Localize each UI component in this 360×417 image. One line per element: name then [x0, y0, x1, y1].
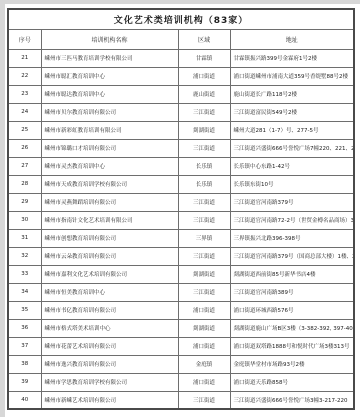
cell-index: 31 — [8, 229, 41, 247]
col-header-region: 区域 — [178, 29, 230, 49]
cell-region: 剡湖街道 — [178, 121, 230, 139]
table-row: 21嵊州市三匹马教育培训学校有限公司甘霖镇甘霖镇振兴路399号金霖府1号2楼 — [8, 49, 354, 67]
cell-address: 剡湖街道西前街85号新华书店4楼 — [230, 265, 354, 283]
cell-address: 三江街道兴盛街666号誉悦广场7幢220、221、222、223 — [230, 139, 354, 157]
cell-institution-name: 嵊州市新彩虹教育培训有限公司 — [41, 121, 178, 139]
col-header-index: 序号 — [8, 29, 41, 49]
cell-region: 三江街道 — [178, 391, 230, 409]
cell-institution-name: 嵊州市灵杰教育培训中心 — [41, 157, 178, 175]
cell-address: 甘霖镇振兴路399号金霖府1号2楼 — [230, 49, 354, 67]
cell-index: 24 — [8, 103, 41, 121]
cell-region: 三江街道 — [178, 211, 230, 229]
cell-institution-name: 嵊州市聪达教育培训中心 — [41, 85, 178, 103]
title-row: 文化艺术类培训机构（83家） — [8, 9, 354, 29]
table-row: 33嵊州市嘉利文化艺术培训有限公司剡湖街道剡湖街道西前街85号新华书店4楼 — [8, 265, 354, 283]
cell-index: 40 — [8, 391, 41, 409]
cell-index: 25 — [8, 121, 41, 139]
cell-institution-name: 嵊州市三匹马教育培训学校有限公司 — [41, 49, 178, 67]
table-row: 30嵊州市指南针文化艺术培训有限公司三江街道三江街道官河南路72-2号（世贸金樽… — [8, 211, 354, 229]
cell-index: 33 — [8, 265, 41, 283]
header-row: 序号 培训机构名称 区域 地址 — [8, 29, 354, 49]
cell-index: 39 — [8, 373, 41, 391]
cell-region: 三江街道 — [178, 283, 230, 301]
table-row: 39嵊州市学思教育培训学校有限公司浦口街道浦口街道天乐路858号 — [8, 373, 354, 391]
table-row: 23嵊州市聪达教育培训中心鹿山街道鹿山街道长广路118号2楼 — [8, 85, 354, 103]
cell-address: 金庭镇华堂村市场路93号2楼 — [230, 355, 354, 373]
table-row: 26嵊州市锦璐口才培训有限公司三江街道三江街道兴盛街666号誉悦广场7幢220、… — [8, 139, 354, 157]
training-institutions-table: 文化艺术类培训机构（83家） 序号 培训机构名称 区域 地址 21嵊州市三匹马教… — [7, 8, 355, 410]
document-page: 文化艺术类培训机构（83家） 序号 培训机构名称 区域 地址 21嵊州市三匹马教… — [5, 4, 360, 417]
cell-institution-name: 嵊州市书亿教育培训有限公司 — [41, 301, 178, 319]
cell-region: 三江街道 — [178, 247, 230, 265]
table-row: 32嵊州市云朵教育培训有限公司三江街道三江街道官河南路379号（国商总部大楼）1… — [8, 247, 354, 265]
table-row: 25嵊州市新彩虹教育培训有限公司剡湖街道嵊州大道281（1-7）号、277-5号 — [8, 121, 354, 139]
cell-address: 三江街道官河南路379号（国商总部大楼）1楼、2楼北侧 — [230, 247, 354, 265]
cell-address: 浦口街道天乐路858号 — [230, 373, 354, 391]
cell-index: 34 — [8, 283, 41, 301]
cell-region: 甘霖镇 — [178, 49, 230, 67]
cell-index: 29 — [8, 193, 41, 211]
cell-index: 26 — [8, 139, 41, 157]
cell-region: 三江街道 — [178, 103, 230, 121]
cell-region: 长乐镇 — [178, 157, 230, 175]
table-row: 28嵊州市天成教育培训学校有限公司长乐镇长乐镇东街10号 — [8, 175, 354, 193]
cell-index: 37 — [8, 337, 41, 355]
cell-address: 三江街道官河南路379号 — [230, 193, 354, 211]
col-header-name: 培训机构名称 — [41, 29, 178, 49]
cell-region: 鹿山街道 — [178, 85, 230, 103]
cell-index: 22 — [8, 67, 41, 85]
cell-address: 嵊州大道281（1-7）号、277-5号 — [230, 121, 354, 139]
cell-address: 长乐镇中心东路1-42号 — [230, 157, 354, 175]
cell-institution-name: 嵊州市云朵教育培训有限公司 — [41, 247, 178, 265]
table-title: 文化艺术类培训机构（83家） — [8, 9, 354, 29]
cell-address: 三江街道官河南路72-2号（世贸金樽名品商场）3楼 — [230, 211, 354, 229]
cell-address: 鹿山街道长广路118号2楼 — [230, 85, 354, 103]
cell-institution-name: 嵊州市创想教育培训有限公司 — [41, 229, 178, 247]
cell-address: 三江街道兴盛街666号誉悦广场3幢3-217-220 — [230, 391, 354, 409]
cell-institution-name: 嵊州市锦璐口才培训有限公司 — [41, 139, 178, 157]
cell-index: 35 — [8, 301, 41, 319]
cell-institution-name: 嵊州市灵燕舞蹈培训有限公司 — [41, 193, 178, 211]
cell-region: 三江街道 — [178, 193, 230, 211]
cell-address: 剡湖街道鹿山广场B区3楼（3-382-392, 397-400） — [230, 319, 354, 337]
table-row: 40嵊州市新嵊艺术培训有限公司三江街道三江街道兴盛街666号誉悦广场3幢3-21… — [8, 391, 354, 409]
table-row: 34嵊州市恒美教育培训中心三江街道三江街道官河南路389号 — [8, 283, 354, 301]
col-header-address: 地址 — [230, 29, 354, 49]
cell-institution-name: 嵊州市贝尔教育培训有限公司 — [41, 103, 178, 121]
table-row: 22嵊州市聪汇教育培训中心浦口街道浦口街道嵊州市浦南大道359号香缇墅88号2楼 — [8, 67, 354, 85]
cell-region: 浦口街道 — [178, 67, 230, 85]
table-row: 36嵊州市格式塔美术培训中心剡湖街道剡湖街道鹿山广场B区3楼（3-382-392… — [8, 319, 354, 337]
cell-institution-name: 嵊州市聪汇教育培训中心 — [41, 67, 178, 85]
cell-index: 38 — [8, 355, 41, 373]
cell-region: 金庭镇 — [178, 355, 230, 373]
cell-region: 浦口街道 — [178, 337, 230, 355]
cell-region: 三界镇 — [178, 229, 230, 247]
cell-region: 浦口街道 — [178, 373, 230, 391]
cell-address: 三江街道富民街549号2楼 — [230, 103, 354, 121]
cell-institution-name: 嵊州市格式塔美术培训中心 — [41, 319, 178, 337]
cell-index: 27 — [8, 157, 41, 175]
table-row: 27嵊州市灵杰教育培训中心长乐镇长乐镇中心东路1-42号 — [8, 157, 354, 175]
cell-institution-name: 嵊州市学思教育培训学校有限公司 — [41, 373, 178, 391]
cell-region: 剡湖街道 — [178, 319, 230, 337]
cell-index: 21 — [8, 49, 41, 67]
table-row: 37嵊州市花蕾艺术培训有限公司浦口街道浦口街道双塔路1888号和悦时代广场3楼3… — [8, 337, 354, 355]
cell-address: 浦口街道嵊州市浦南大道359号香缇墅88号2楼 — [230, 67, 354, 85]
cell-region: 长乐镇 — [178, 175, 230, 193]
cell-institution-name: 嵊州市逸兴教育培训有限公司 — [41, 355, 178, 373]
cell-index: 23 — [8, 85, 41, 103]
table-body: 21嵊州市三匹马教育培训学校有限公司甘霖镇甘霖镇振兴路399号金霖府1号2楼22… — [8, 49, 354, 409]
cell-address: 浦口街道双塔路1888号和悦时代广场3楼313号 — [230, 337, 354, 355]
table-row: 29嵊州市灵燕舞蹈培训有限公司三江街道三江街道官河南路379号 — [8, 193, 354, 211]
cell-institution-name: 嵊州市天成教育培训学校有限公司 — [41, 175, 178, 193]
cell-index: 32 — [8, 247, 41, 265]
table-row: 31嵊州市创想教育培训有限公司三界镇三界镇振兴北路396-398号 — [8, 229, 354, 247]
table-row: 35嵊州市书亿教育培训有限公司浦口街道浦口街道环城西路576号 — [8, 301, 354, 319]
cell-address: 浦口街道环城西路576号 — [230, 301, 354, 319]
cell-institution-name: 嵊州市指南针文化艺术培训有限公司 — [41, 211, 178, 229]
cell-institution-name: 嵊州市新嵊艺术培训有限公司 — [41, 391, 178, 409]
cell-index: 36 — [8, 319, 41, 337]
cell-region: 剡湖街道 — [178, 265, 230, 283]
table-row: 38嵊州市逸兴教育培训有限公司金庭镇金庭镇华堂村市场路93号2楼 — [8, 355, 354, 373]
cell-institution-name: 嵊州市嘉利文化艺术培训有限公司 — [41, 265, 178, 283]
cell-institution-name: 嵊州市花蕾艺术培训有限公司 — [41, 337, 178, 355]
table-row: 24嵊州市贝尔教育培训有限公司三江街道三江街道富民街549号2楼 — [8, 103, 354, 121]
cell-region: 三江街道 — [178, 139, 230, 157]
cell-institution-name: 嵊州市恒美教育培训中心 — [41, 283, 178, 301]
cell-index: 30 — [8, 211, 41, 229]
cell-region: 浦口街道 — [178, 301, 230, 319]
cell-address: 三界镇振兴北路396-398号 — [230, 229, 354, 247]
cell-address: 三江街道官河南路389号 — [230, 283, 354, 301]
cell-index: 28 — [8, 175, 41, 193]
cell-address: 长乐镇东街10号 — [230, 175, 354, 193]
